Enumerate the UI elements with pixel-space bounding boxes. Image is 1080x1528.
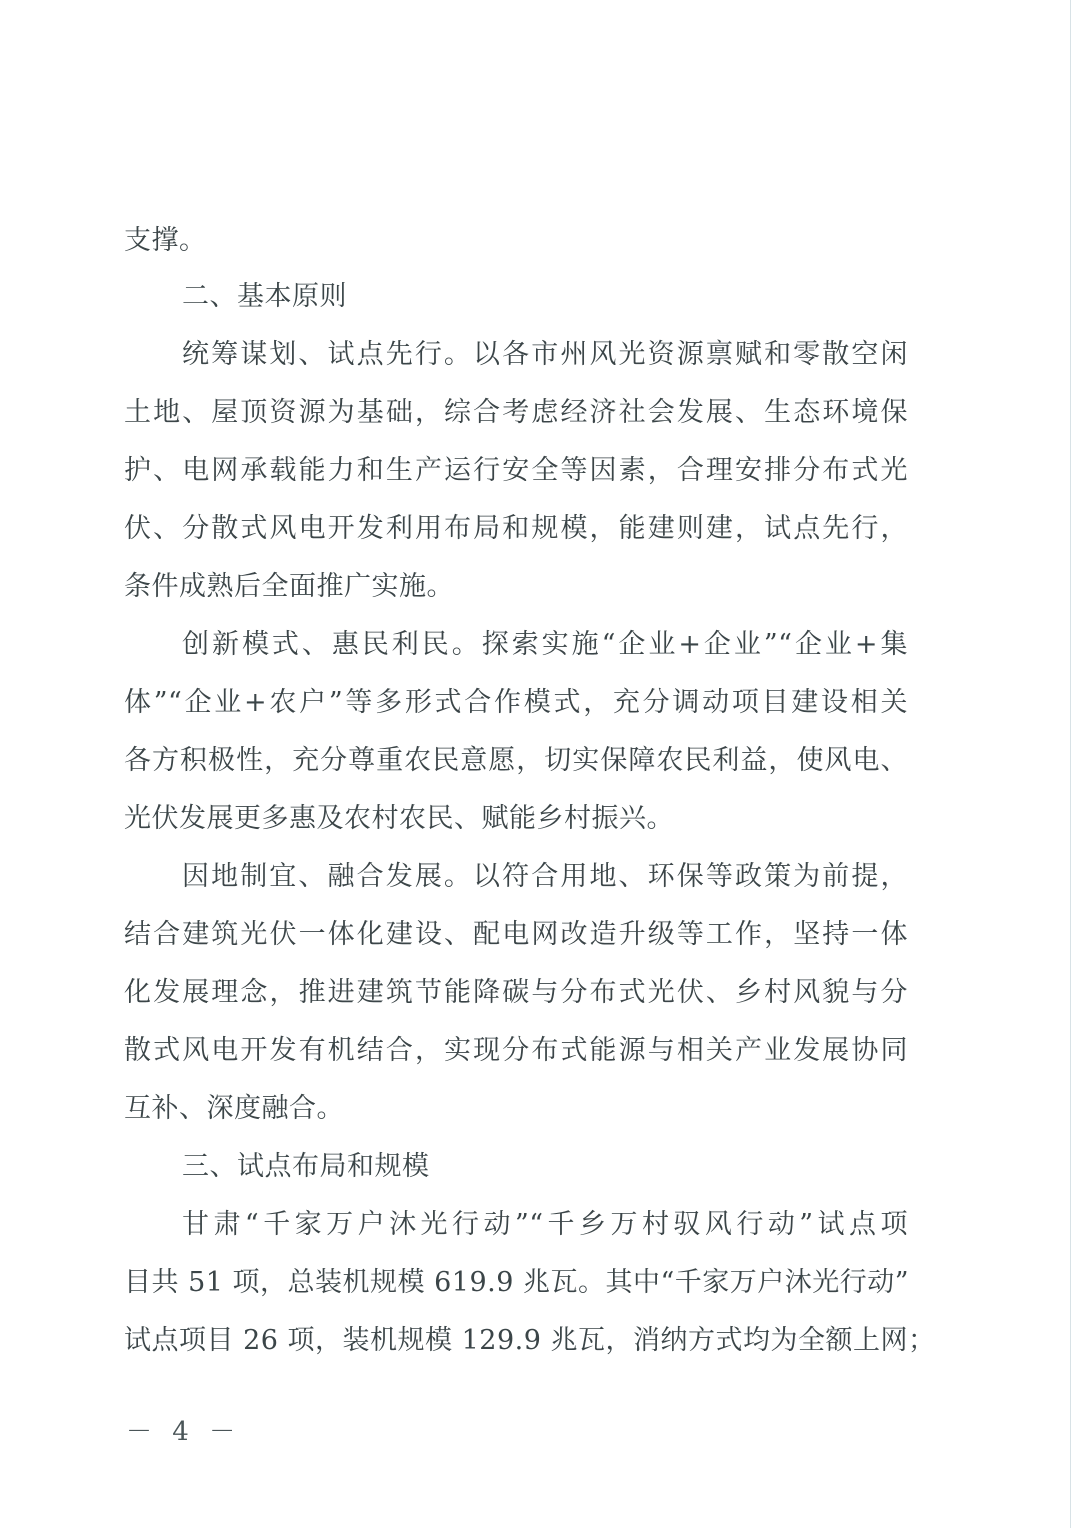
paragraph-line: 各方积极性，充分尊重农民意愿，切实保障农民利益，使风电、 [124, 732, 908, 790]
paragraph-line: 散式风电开发有机结合，实现分布式能源与相关产业发展协同 [124, 1022, 908, 1080]
paragraph-line: 土地、屋顶资源为基础，综合考虑经济社会发展、生态环境保 [124, 384, 908, 442]
page-number: － 4 － [126, 1412, 241, 1452]
section-heading-basic-principles: 二、基本原则 [182, 268, 908, 326]
section-heading-pilot-layout-scale: 三、试点布局和规模 [182, 1138, 908, 1196]
paragraph-line: 伏、分散式风电开发利用布局和规模，能建则建，试点先行， [124, 500, 908, 558]
paragraph-line: 结合建筑光伏一体化建设、配电网改造升级等工作，坚持一体 [124, 906, 908, 964]
paragraph-tail-line: 支撑。 [124, 212, 207, 270]
paragraph-line: 因地制宜、融合发展。以符合用地、环保等政策为前提， [182, 848, 908, 906]
paragraph-line: 甘肃“千家万户沐光行动”“千乡万村驭风行动”试点项 [182, 1196, 908, 1254]
paragraph-line: 化发展理念，推进建筑节能降碳与分布式光伏、乡村风貌与分 [124, 964, 908, 1022]
paragraph-line: 目共 51 项，总装机规模 619.9 兆瓦。其中“千家万户沐光行动” [124, 1254, 908, 1312]
paragraph-line: 试点项目 26 项，装机规模 129.9 兆瓦，消纳方式均为全额上网； [124, 1312, 908, 1370]
paragraph-line: 体”“企业+农户”等多形式合作模式，充分调动项目建设相关 [124, 674, 908, 732]
paragraph-line: 统筹谋划、试点先行。以各市州风光资源禀赋和零散空闲 [182, 326, 908, 384]
paragraph-line: 条件成熟后全面推广实施。 [124, 558, 454, 616]
paragraph-line: 光伏发展更多惠及农村农民、赋能乡村振兴。 [124, 790, 674, 848]
paragraph-line: 互补、深度融合。 [124, 1080, 344, 1138]
scan-fold-line [1070, 0, 1071, 1528]
paragraph-line: 创新模式、惠民利民。探索实施“企业+企业”“企业+集 [182, 616, 908, 674]
paragraph-line: 护、电网承载能力和生产运行安全等因素，合理安排分布式光 [124, 442, 908, 500]
